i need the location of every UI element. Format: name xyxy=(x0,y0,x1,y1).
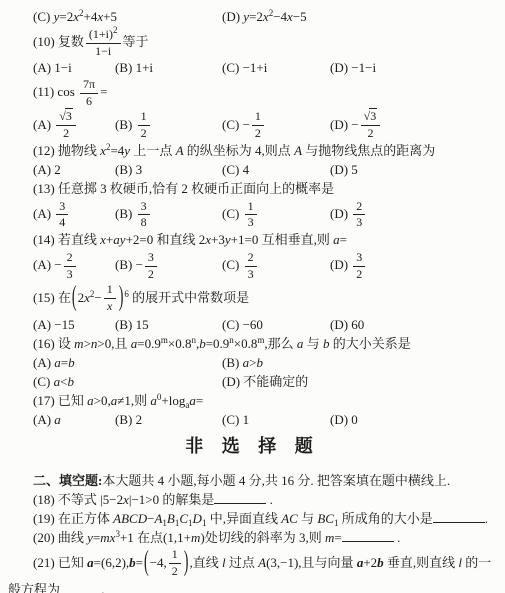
question-17-stem: (17) 已知 a>0,a≠1,则 a0+logaa= xyxy=(33,391,495,410)
question-10-options: (A) 1−i (B) 1+i (C) −1+i (D) −1−i xyxy=(33,58,495,77)
question-14-options: (A) −23 (B) −32 (C) 23 (D) 32 xyxy=(33,249,495,281)
question-11-stem: (11) cos 7π6= xyxy=(33,77,495,108)
question-10-option-c: (C) −1+i xyxy=(222,58,330,77)
question-10-option-d: (D) −1−i xyxy=(330,58,495,77)
question-20-stem: (20) 曲线 y=mx3+1 在点(1,1+m)处切线的斜率为 3,则 m= … xyxy=(33,528,495,547)
question-13-option-c: (C) 13 xyxy=(222,198,330,230)
question-17-option-b: (B) 2 xyxy=(115,410,222,429)
question-11-options: (A) √32 (B) 12 (C) −12 (D) −√32 xyxy=(33,109,495,141)
question-17-options: (A) a (B) 2 (C) 1 (D) 0 xyxy=(33,410,495,429)
question-16-option-c: (C) a<b xyxy=(33,372,222,391)
question-13-option-b: (B) 38 xyxy=(115,198,222,230)
question-19-stem: (19) 在正方体 ABCD−A1B1C1D1 中,异面直线 AC 与 BC1 … xyxy=(33,509,495,528)
question-11-option-b: (B) 12 xyxy=(115,109,222,141)
question-12-options: (A) 2 (B) 3 (C) 4 (D) 5 xyxy=(33,160,495,179)
question-14-stem: (14) 若直线 x+ay+2=0 和直线 2x+3y+1=0 互相垂直,则 a… xyxy=(33,230,495,249)
question-16-option-a: (A) a=b xyxy=(33,353,222,372)
question-16-option-d: (D) 不能确定的 xyxy=(222,372,495,391)
question-16-options-row1: (A) a=b (B) a>b xyxy=(33,353,495,372)
question-12-option-b: (B) 3 xyxy=(115,160,222,179)
question-12-option-d: (D) 5 xyxy=(330,160,495,179)
question-11-option-a: (A) √32 xyxy=(33,109,115,141)
question-16-stem: (16) 设 m>n>0,且 a=0.9m×0.8n,b=0.9n×0.8m,那… xyxy=(33,334,495,353)
question-14-option-b: (B) −32 xyxy=(115,249,222,281)
question-9-option-d: (D) y=2x2−4x−5 xyxy=(222,7,495,26)
question-15-options: (A) −15 (B) 15 (C) −60 (D) 60 xyxy=(33,315,495,334)
question-17-option-c: (C) 1 xyxy=(222,410,330,429)
question-18-stem: (18) 不等式 |5−2x|−1>0 的解集是 . xyxy=(33,490,495,509)
question-21-continuation: 般方程为 . xyxy=(8,580,495,593)
question-13-option-d: (D) 23 xyxy=(330,198,495,230)
question-13-stem: (13) 任意掷 3 枚硬币,恰有 2 枚硬币正面向上的概率是 xyxy=(33,179,495,198)
question-15-option-b: (B) 15 xyxy=(115,315,222,334)
question-10-option-a: (A) 1−i xyxy=(33,58,115,77)
question-17-option-d: (D) 0 xyxy=(330,410,495,429)
question-17-option-a: (A) a xyxy=(33,410,115,429)
question-21-stem: (21) 已知 a=(6,2),b=(−4,12),直线 l 过点 A(3,−1… xyxy=(33,547,495,580)
question-12-option-a: (A) 2 xyxy=(33,160,115,179)
question-10-option-b: (B) 1+i xyxy=(115,58,222,77)
question-16-option-b: (B) a>b xyxy=(222,353,495,372)
question-14-option-d: (D) 32 xyxy=(330,249,495,281)
question-12-stem: (12) 抛物线 x2=4y 上一点 A 的纵坐标为 4,则点 A 与抛物线焦点… xyxy=(33,141,495,160)
question-13-options: (A) 34 (B) 38 (C) 13 (D) 23 xyxy=(33,198,495,230)
question-10-stem: (10) 复数(1+i)21−i等于 xyxy=(33,26,495,58)
question-15-option-c: (C) −60 xyxy=(222,315,330,334)
question-13-option-a: (A) 34 xyxy=(33,198,115,230)
question-9-options-cd: (C) y=2x2+4x+5 (D) y=2x2−4x−5 xyxy=(33,7,495,26)
section-heading: 非 选 择 题 xyxy=(10,434,495,459)
question-12-option-c: (C) 4 xyxy=(222,160,330,179)
fill-in-section-intro: 二、填空题:本大题共 4 小题,每小题 4 分,共 16 分. 把答案填在题中横… xyxy=(33,471,495,490)
question-16-options-row2: (C) a<b (D) 不能确定的 xyxy=(33,372,495,391)
question-15-stem: (15) 在(2x2−1x)6 的展开式中常数项是 xyxy=(33,282,495,315)
question-15-option-d: (D) 60 xyxy=(330,315,495,334)
question-9-option-c: (C) y=2x2+4x+5 xyxy=(33,7,222,26)
question-14-option-c: (C) 23 xyxy=(222,249,330,281)
exam-page: (C) y=2x2+4x+5 (D) y=2x2−4x−5 (10) 复数(1+… xyxy=(0,0,505,593)
question-11-option-c: (C) −12 xyxy=(222,109,330,141)
question-11-option-d: (D) −√32 xyxy=(330,109,495,141)
